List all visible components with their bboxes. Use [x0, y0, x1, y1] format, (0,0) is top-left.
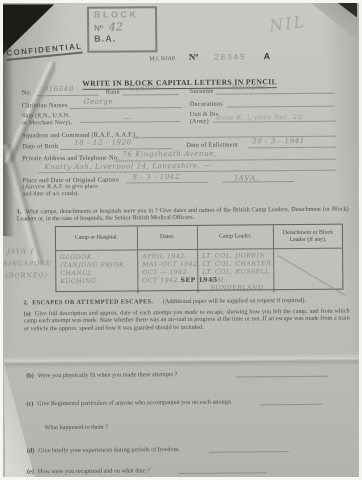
leader-entry-2: SUNDERLAND	[202, 284, 271, 293]
col-header-detachment: Detachment or Block Leader (if any).	[274, 225, 342, 250]
leader-entry: LT. COL. RUSSELL.	[202, 268, 271, 277]
service-number-value: 916648	[44, 85, 74, 93]
date-of-birth-label: Date of Birth	[22, 143, 58, 150]
camp-entry: KUCHING.	[60, 277, 135, 286]
detachment-cell	[274, 249, 342, 293]
handwritten-block-number: 42	[109, 20, 123, 33]
confidential-stamp: CONFIDENTIAL	[6, 42, 83, 61]
scanned-document-photo: BLOCK Nº42 B.A. CONFIDENTIAL NIL M.I. 9/…	[3, 3, 359, 477]
field-rule	[248, 147, 336, 149]
stamp-text: B.A.	[94, 33, 150, 43]
col-header-dates: Dates.	[138, 226, 198, 251]
dates-entry: OCT 1942 SEP 1945	[142, 277, 195, 285]
col-header-leader: Camp Leader.	[198, 225, 274, 250]
date-of-birth-value: 18 - 12 - 1920	[74, 138, 132, 147]
question-2a: (a)Give full description and approx. dat…	[24, 308, 350, 333]
surname-label: Surname	[190, 88, 214, 95]
date-of-enlistment-value: 20 - 3 - 1941	[252, 137, 305, 145]
margin-note-borneo: (BORNEO)	[5, 271, 48, 279]
form-sheet: BLOCK Nº42 B.A. CONFIDENTIAL NIL M.I. 9/…	[3, 3, 359, 477]
field-rule	[133, 136, 336, 139]
number-label: Nº	[189, 52, 199, 62]
bottom-left-fold	[4, 363, 35, 477]
question-2d: (d)Give briefly your experiences during …	[27, 445, 347, 455]
field-rule	[227, 106, 335, 108]
dates-cell: APRIL 1942. MAY–OCT 1942. OCT — 1942. OC…	[138, 250, 198, 294]
address-value-line2: Knotty Ash, Liverpool 14, Lancashire. —	[44, 162, 211, 171]
field-rule	[70, 107, 182, 109]
decorations-label: Decorations	[190, 101, 223, 108]
camp-cell: GLODOK. (TANJONG PRIOK CHANGI. KUCHING.	[56, 250, 138, 294]
item-c-label: (c)	[26, 400, 33, 407]
form-reference-line: M.I. 9/JAP. Nº 28345 A	[149, 46, 270, 65]
question-2b: (b)Were you physically fit when you made…	[26, 370, 346, 380]
field-rule	[126, 182, 208, 184]
no-label: No.	[22, 89, 32, 96]
serial-number: 28345	[214, 52, 246, 61]
christian-names-value: George	[84, 98, 114, 106]
item-d-label: (d)	[27, 447, 35, 454]
capture-label-3: and date of a/c crash).	[23, 190, 80, 197]
date-of-enlistment-label: Date of Enlistment	[186, 141, 238, 148]
surname-value: Williams	[232, 83, 267, 91]
item-a-label: (a)	[24, 310, 31, 317]
diagonal-strike	[278, 255, 346, 295]
margin-note-singapore: SINGAPORE	[3, 260, 51, 267]
series-letter: A	[264, 51, 271, 61]
field-rule	[216, 93, 335, 95]
question-2c2: What happened to them ?	[45, 422, 345, 432]
question-2-note: (Additional paper will be supplied on re…	[163, 297, 306, 305]
camp-entry: (TANJONG PRIOK	[60, 261, 135, 270]
field-rule	[37, 95, 99, 97]
capture-place-value: JAVA.	[234, 173, 259, 182]
question-2-heading: 2.ESCAPES OR ATTEMPTED ESCAPES. (Additio…	[24, 297, 350, 307]
stamp-text: BLOCK	[94, 9, 150, 19]
camps-table: Camp or Hospital. Dates. Camp Leader. De…	[55, 224, 344, 293]
field-rule	[123, 94, 179, 95]
horizontal-crease	[4, 353, 359, 368]
item-b-label: (b)	[26, 372, 34, 379]
block-number-stamp: BLOCK Nº42 B.A.	[87, 6, 157, 53]
form-reference: M.I. 9/JAP.	[149, 56, 175, 62]
address-value-line1: 76 Kingsheath Avenue,	[122, 150, 216, 159]
item-e-label: (e)	[27, 468, 34, 475]
rank-value: Gunner	[129, 84, 159, 92]
capture-date-value: 8 - 3 - 1942.	[132, 173, 182, 181]
question-1-number: 1.	[17, 208, 22, 215]
ship-label-2: or Merchant Navy).	[22, 119, 72, 126]
stamp-no-label: Nº	[94, 24, 103, 33]
handwritten-nil-note: NIL	[268, 12, 307, 36]
rank-label: Rank	[106, 89, 120, 96]
ship-value: —	[124, 114, 132, 122]
field-rule	[115, 159, 336, 162]
col-header-camp: Camp or Hospital.	[56, 226, 138, 251]
christian-names-label: Christian Names	[22, 102, 68, 109]
address-label: Private Address and Telephone No.	[22, 155, 119, 163]
margin-note-java: JAVA {	[7, 247, 35, 255]
question-2c: (c)Give Regimental particulars of anyone…	[26, 398, 346, 408]
leader-cell: LT. COL. DOBBIN LT. COL. CHARTER. LT. CO…	[198, 249, 274, 293]
question-2-number: 2.	[24, 299, 29, 306]
unit-div-label-2: (Army)	[190, 118, 209, 125]
question-1-text: 1.What camps, detachments or hospitals w…	[17, 206, 349, 224]
question-2e: (e)How were you recaptured and on what d…	[27, 466, 347, 476]
unit-div-value: Base K. L'pore Sec. 2D	[216, 113, 304, 122]
